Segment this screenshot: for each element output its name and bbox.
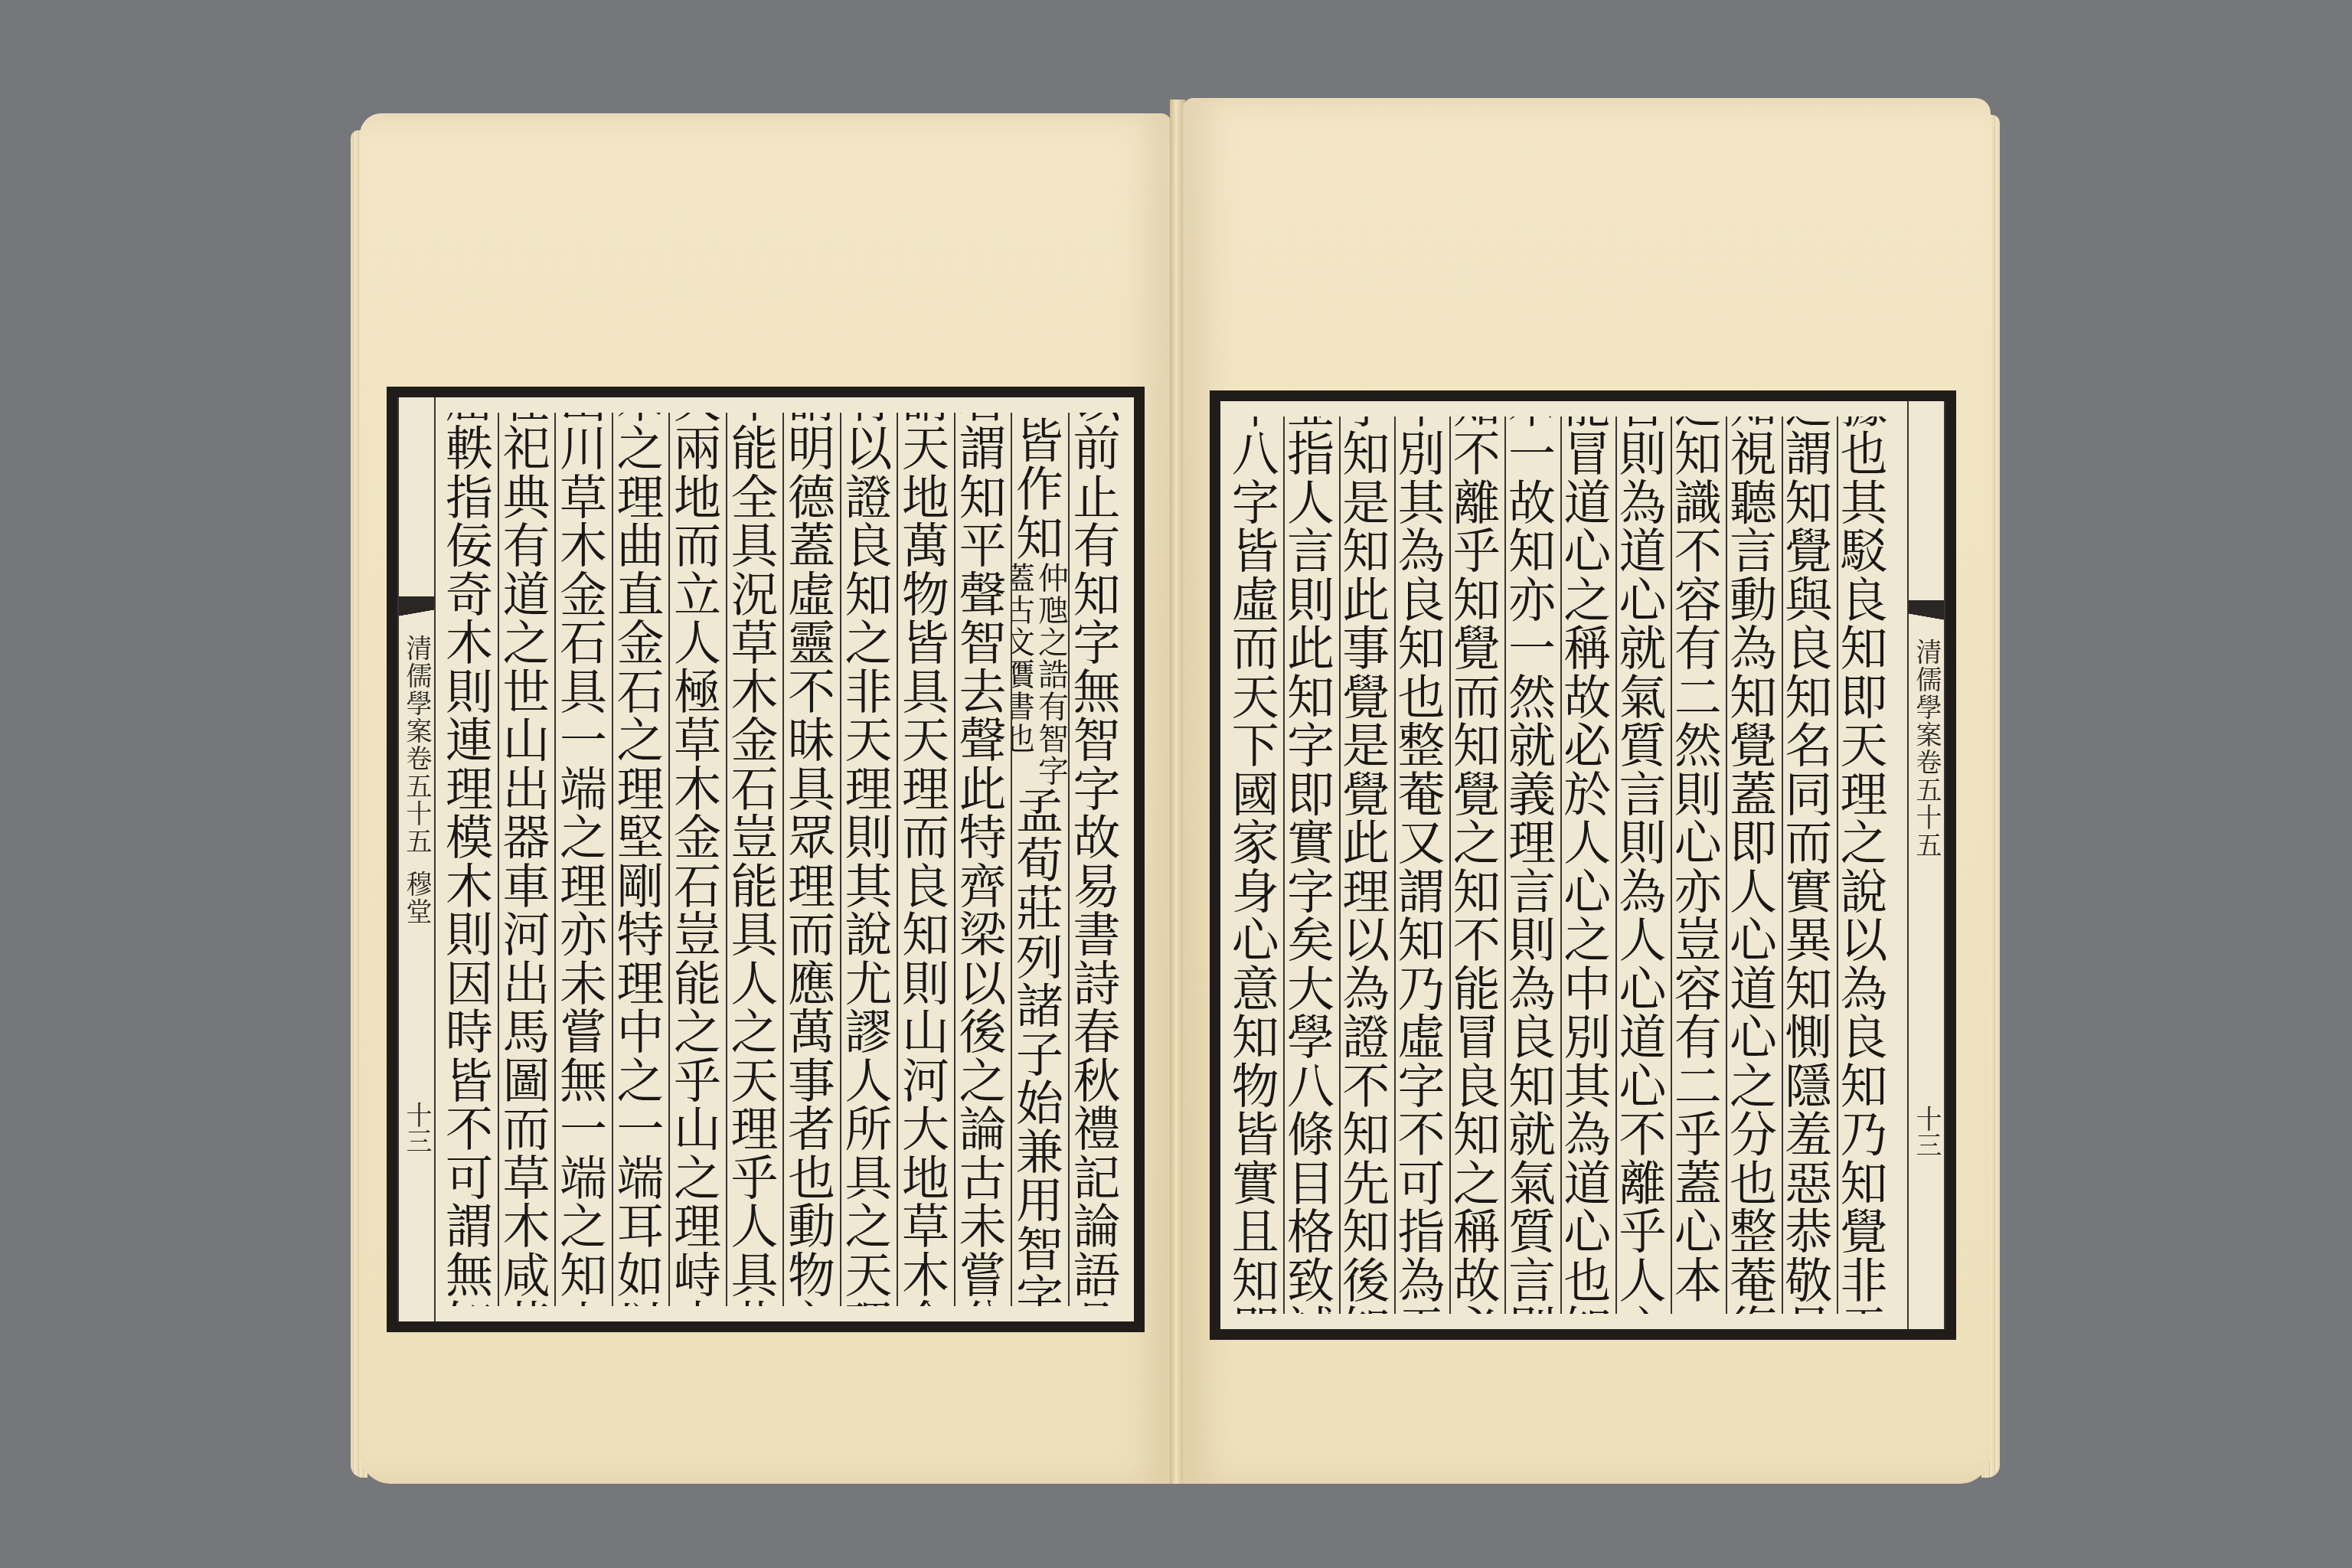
text-column: 一答之謂知覺與良知名同而實異知惻隱羞惡恭敬是非為 bbox=[1782, 416, 1837, 1314]
text-column: 心不能冒道心之稱故必於人心之中別其為道心也知發於 bbox=[1560, 416, 1615, 1314]
text-column: 謂人之知識不容有二然則心亦豈容有二乎蓋心本一也就 bbox=[1671, 416, 1726, 1314]
text-column-with-note: 皆作知仲虺之誥有智字蓋古文贋書也孟荀莊列諸子始兼用智字智非實 bbox=[1011, 413, 1068, 1306]
left-text-columns: 春秋以前止有知字無智字故易書詩春秋禮記論語凡智字 皆作知仲虺之誥有智字蓋古文贋書… bbox=[442, 413, 1125, 1306]
fish-tail-mark bbox=[1909, 600, 1944, 629]
text-column: 神列在祀典有道之世山出器車河出馬圖而草木咸若蓂莢 bbox=[498, 413, 555, 1306]
text-column: 不足據也其駁良知即天理之說以為良知乃知覺非天理崇 bbox=[1837, 416, 1892, 1314]
text-column: 者猶不能全具況草木金石豈能具人之天理乎人具此理可 bbox=[726, 413, 783, 1306]
open-book: 清儒學案卷五十五 穆堂 十三 春秋以前止有知字無智字故易書詩春秋禮記論語凡智字 … bbox=[0, 0, 2352, 1568]
text-column: 字乎若謂知平聲智去聲此特齊梁以後之論古未嘗分四聲 bbox=[954, 413, 1011, 1306]
text-column: 齊治平八字皆虛而天下國家身心意知物皆實且知即智也 bbox=[1230, 416, 1283, 1314]
text-column: 覺良知不離乎知覺而知覺之知不能冒良知之稱故必於知 bbox=[1449, 416, 1504, 1314]
fish-tail-mark bbox=[399, 596, 434, 626]
text-column: 心心本一故知亦一然就義理言則為良知就氣質言則為知 bbox=[1504, 416, 1560, 1314]
note-line-right: 仲虺之誥有智字 bbox=[1034, 562, 1068, 787]
text-column: 未嘗有以證良知之非天理則其說尤謬人所具之天理即大 bbox=[840, 413, 897, 1306]
right-fold-column: 清儒學案卷五十五 十三 bbox=[1907, 401, 1945, 1329]
left-fold-column: 清儒學案卷五十五 穆堂 十三 bbox=[397, 397, 436, 1321]
text-column: 春秋以前止有知字無智字故易書詩春秋禮記論語凡智字 bbox=[1068, 413, 1125, 1306]
left-fold-title: 清儒學案卷五十五 穆堂 bbox=[399, 635, 434, 926]
interlinear-note: 仲虺之誥有智字蓋古文贋書也 bbox=[1011, 562, 1068, 787]
text-column: 也又謂天地萬物皆具天理而良知則山河大地草木金石皆 bbox=[897, 413, 954, 1306]
left-page-printed-frame: 清儒學案卷五十五 穆堂 十三 春秋以前止有知字無智字故易書詩春秋禮記論語凡智字 … bbox=[387, 387, 1145, 1332]
fold-book-title: 清儒學案卷五十五 bbox=[399, 635, 434, 855]
text-column: 義理言則為道心就氣質言則為人心道心不離乎人心而人 bbox=[1615, 416, 1671, 1314]
right-text-columns: 不足據也其駁良知即天理之說以為良知乃知覺非天理崇 一答之謂知覺與良知名同而實異知… bbox=[1230, 416, 1892, 1314]
text-column: 論則山川草木金石具一端之理亦未嘗無一端之知山川之 bbox=[554, 413, 612, 1306]
text-column: 良知知視聽言動為知覺蓋即人心道心之分也整菴復書乃 bbox=[1726, 416, 1781, 1314]
right-page-printed-frame: 清儒學案卷五十五 十三 不足據也其駁良知即天理之說以為良知乃知覺非天理崇 一答之… bbox=[1210, 390, 1956, 1340]
text-column: 後覺並指人言則此知字即實字矣大學八條目格致誠正修 bbox=[1283, 416, 1338, 1314]
text-column: 流草木之理曲直金石之理堅剛特理中之一端耳如以一端 bbox=[612, 413, 669, 1306]
right-fold-title: 清儒學案卷五十五 bbox=[1909, 639, 1944, 859]
fold-hall-name: 穆堂 bbox=[399, 871, 434, 926]
note-line-left: 蓋古文贋書也 bbox=[1011, 562, 1034, 787]
text-column: 引程子知是知此事覺是覺此理以為證不知先知後知先覺 bbox=[1339, 416, 1394, 1314]
text-column: 覺之中別其為良知也整菴又謂知乃虛字不可指為天理而 bbox=[1394, 416, 1449, 1314]
column-text-after: 孟荀莊列諸子始兼用智字智非實 bbox=[1011, 787, 1064, 1307]
column-text-before: 皆作知 bbox=[1011, 416, 1064, 562]
right-fold-page-number: 十三 bbox=[1909, 1106, 1944, 1158]
text-column: 以參天兩地而立人極草木金石豈能之乎山之理峙水之理 bbox=[668, 413, 726, 1306]
text-column: 叶厤屈軼指佞奇木則連理模木則因時皆不可謂無知至於 bbox=[442, 413, 498, 1306]
text-column: 學所謂明德蓋虛靈不昧具眾理而應萬事者也動物之有知 bbox=[782, 413, 840, 1306]
left-fold-page-number: 十三 bbox=[399, 1102, 434, 1154]
